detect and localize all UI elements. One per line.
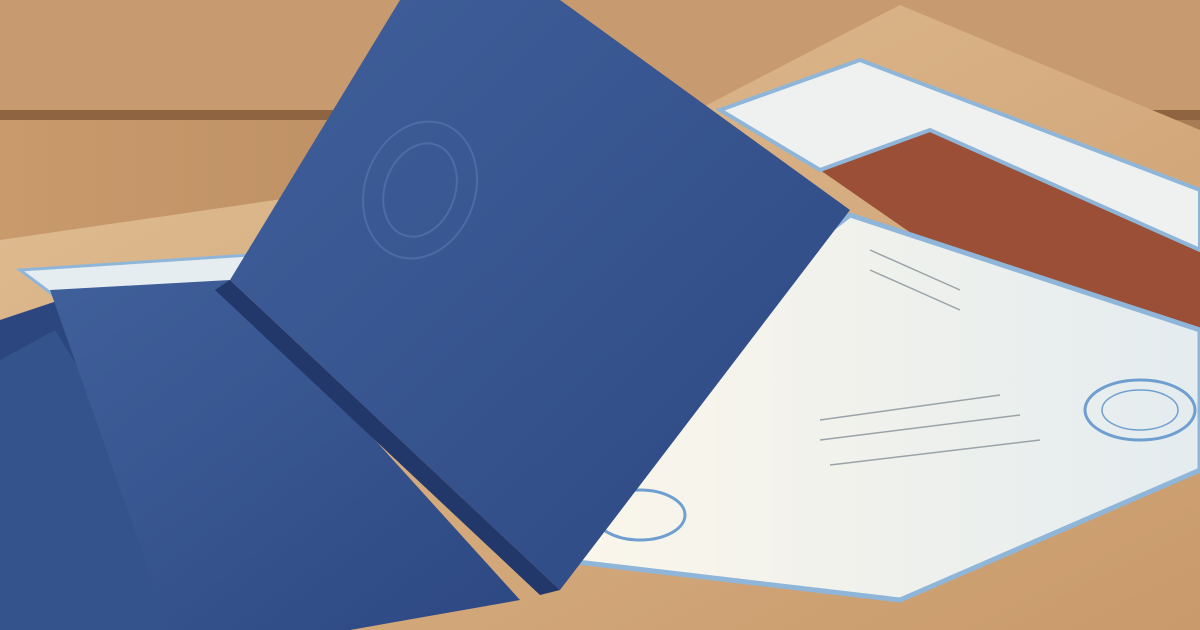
photo-scene	[0, 0, 1200, 630]
